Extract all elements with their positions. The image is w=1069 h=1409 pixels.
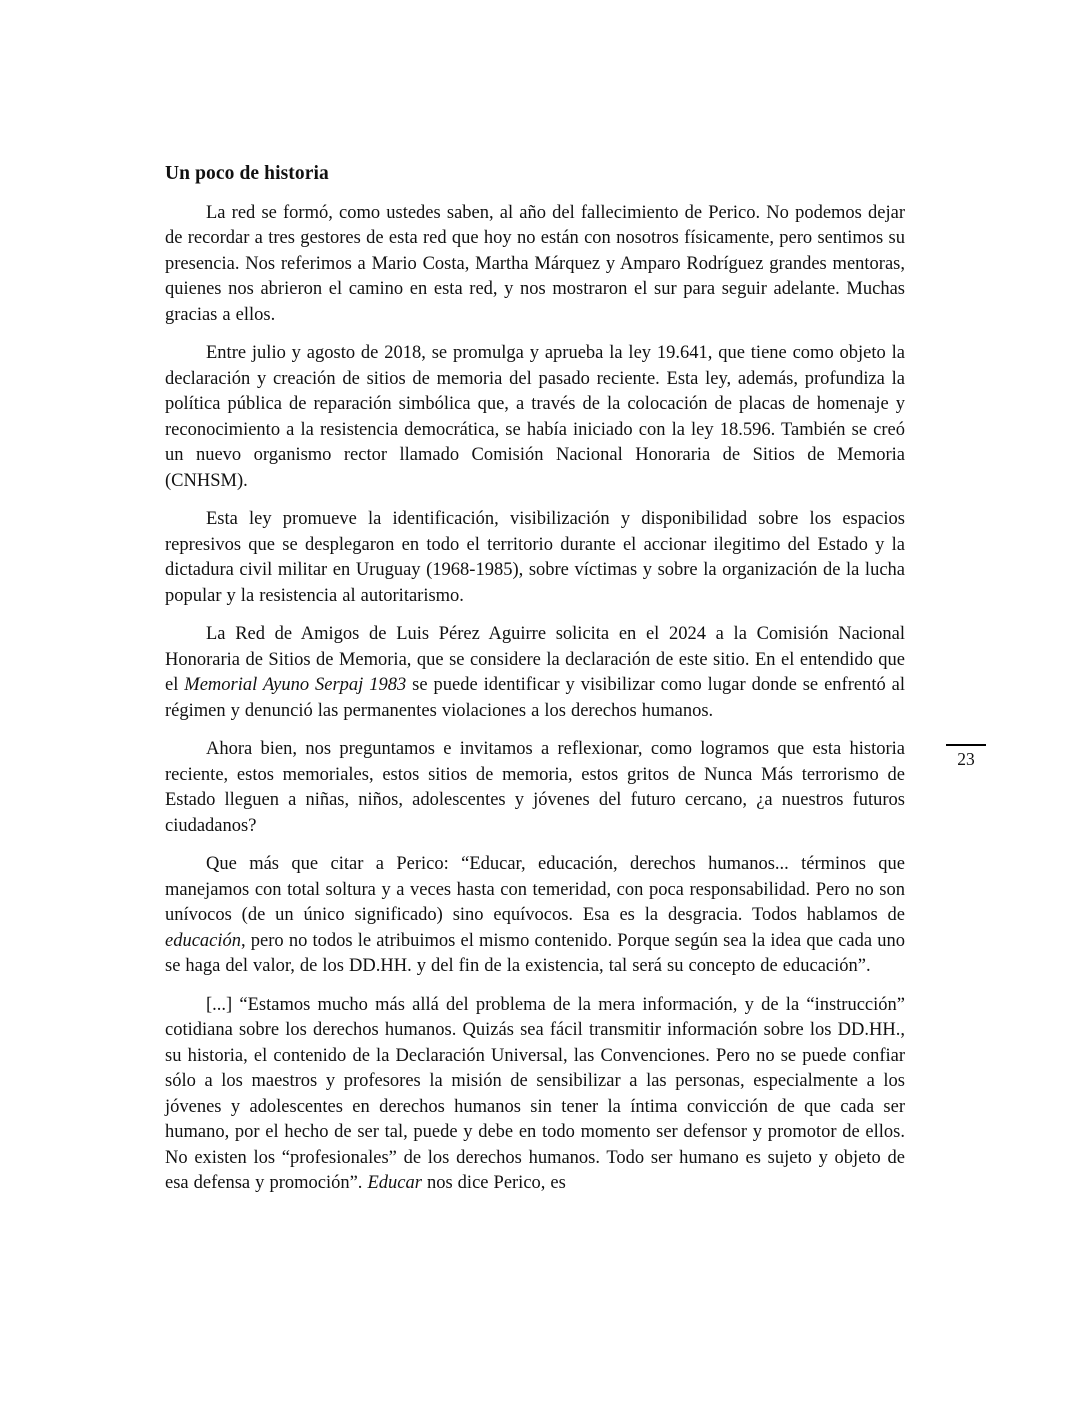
italic-text-run: educación xyxy=(165,931,241,951)
paragraph: Entre julio y agosto de 2018, se promulg… xyxy=(165,341,905,494)
document-page: Un poco de historia La red se formó, com… xyxy=(0,0,1069,1409)
page-number: 23 xyxy=(944,746,988,770)
text-run: Ahora bien, nos preguntamos e invitamos … xyxy=(165,739,905,836)
page-number-block: 23 xyxy=(944,744,988,770)
text-run: Que más que citar a Perico: “Educar, edu… xyxy=(165,854,905,925)
text-run: La red se formó, como ustedes saben, al … xyxy=(165,203,905,325)
paragraph: Ahora bien, nos preguntamos e invitamos … xyxy=(165,737,905,839)
section-heading: Un poco de historia xyxy=(165,161,905,187)
text-run: , pero no todos le atribuimos el mismo c… xyxy=(165,931,905,977)
paragraphs-container: La red se formó, como ustedes saben, al … xyxy=(165,201,905,1197)
paragraph: Que más que citar a Perico: “Educar, edu… xyxy=(165,852,905,980)
paragraph: [...] “Estamos mucho más allá del proble… xyxy=(165,993,905,1197)
text-run: Entre julio y agosto de 2018, se promulg… xyxy=(165,343,905,491)
paragraph: La red se formó, como ustedes saben, al … xyxy=(165,201,905,329)
text-block: Un poco de historia La red se formó, com… xyxy=(165,161,905,1210)
italic-text-run: Memorial Ayuno Serpaj 1983 xyxy=(184,675,406,695)
paragraph: La Red de Amigos de Luis Pérez Aguirre s… xyxy=(165,622,905,724)
paragraph: Esta ley promueve la identificación, vis… xyxy=(165,507,905,609)
text-run: nos dice Perico, es xyxy=(422,1173,566,1193)
italic-text-run: Educar xyxy=(367,1173,421,1193)
text-run: Esta ley promueve la identificación, vis… xyxy=(165,509,905,606)
text-run: [...] “Estamos mucho más allá del proble… xyxy=(165,995,905,1194)
